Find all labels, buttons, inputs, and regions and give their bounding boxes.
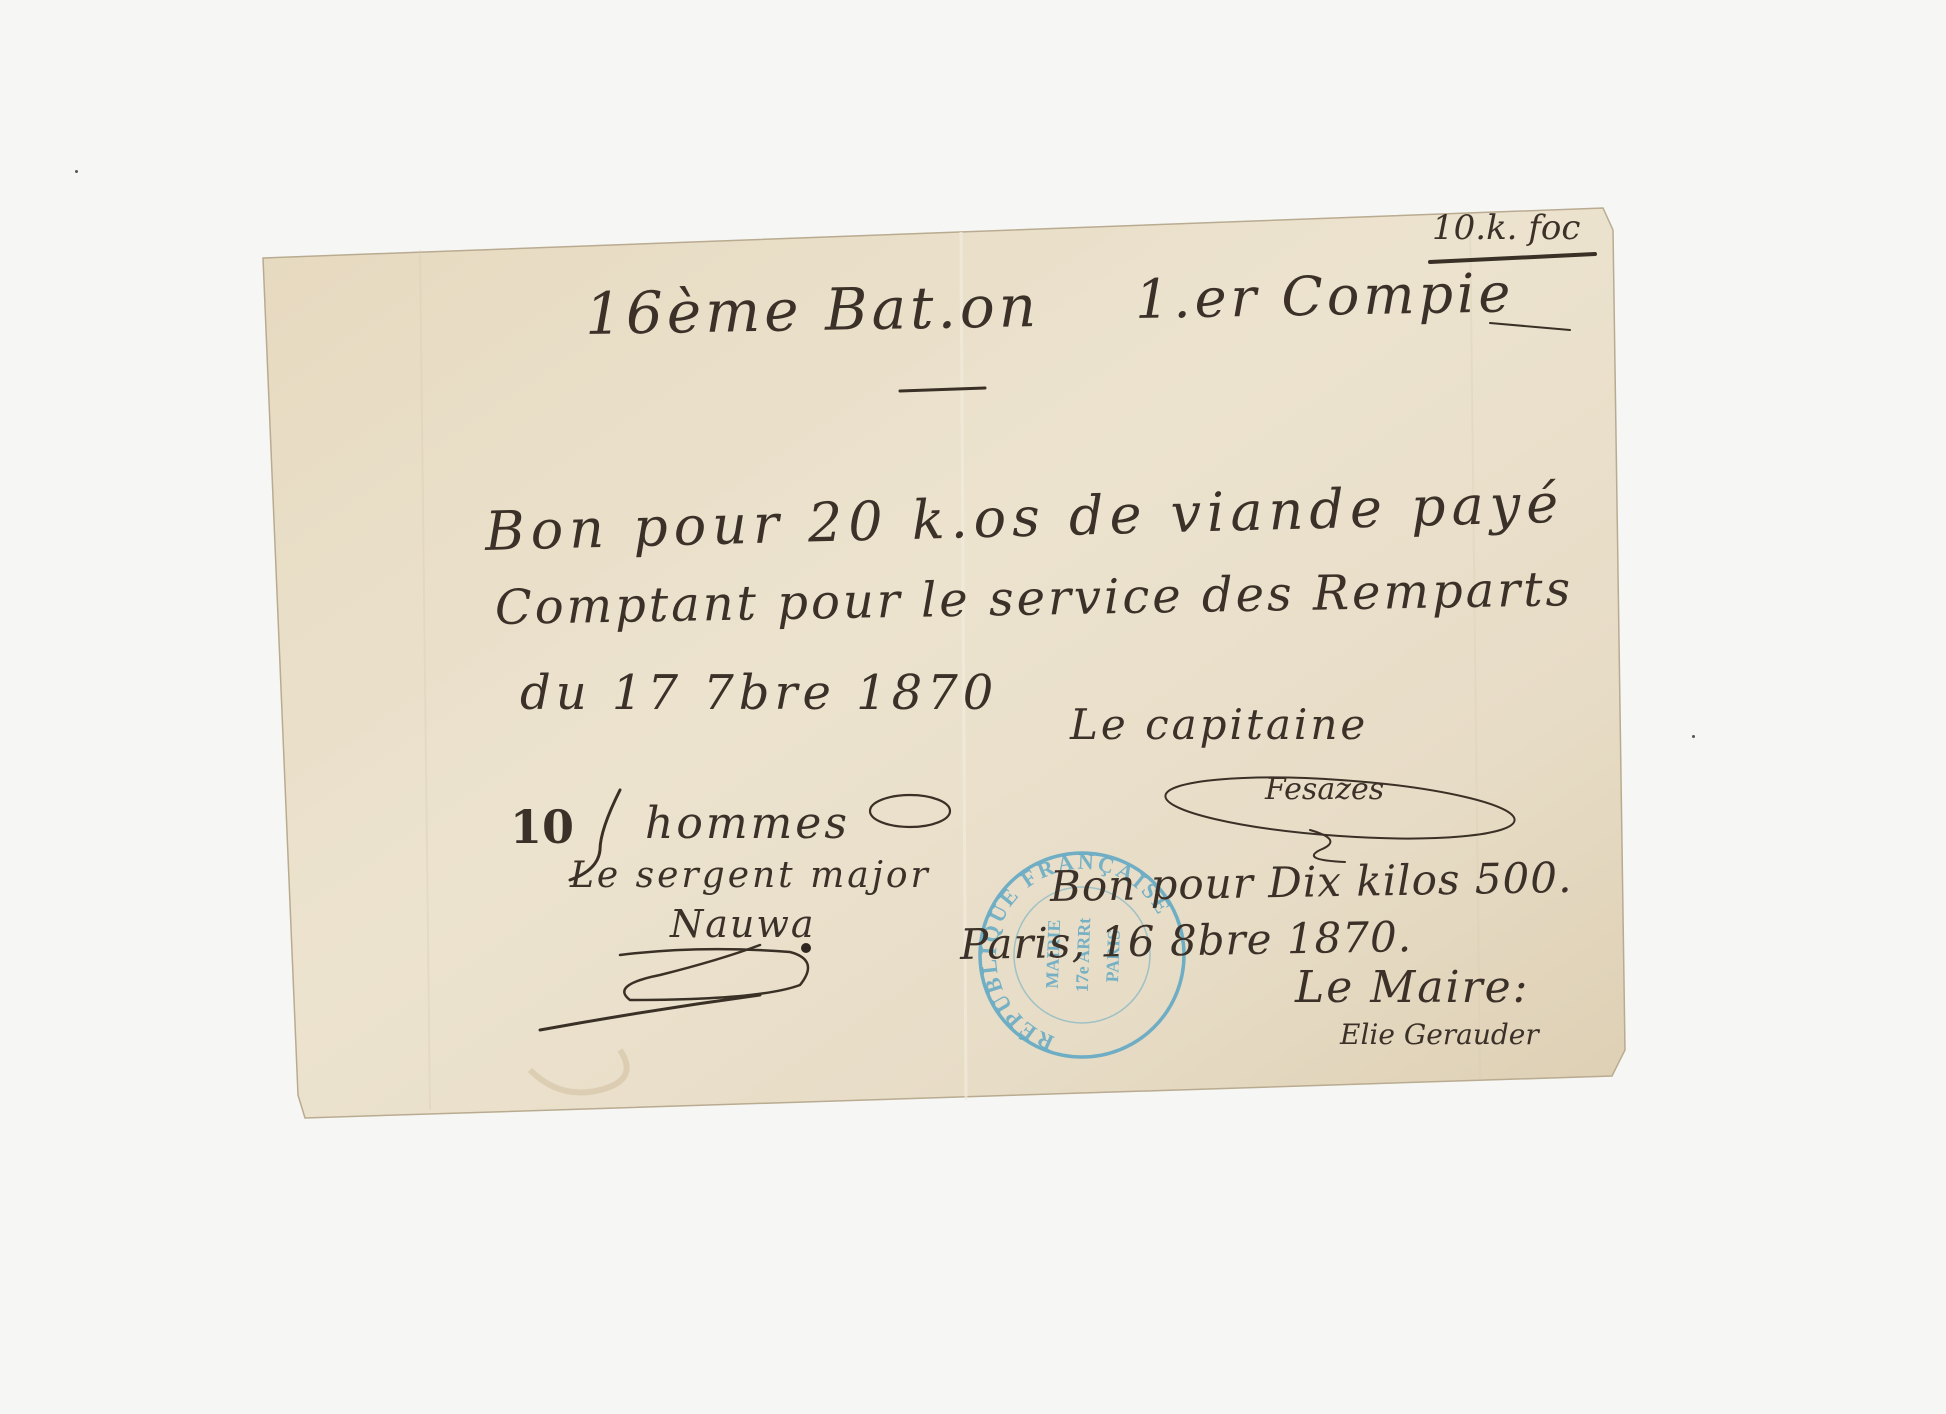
- men-label: hommes: [645, 798, 850, 849]
- captain-label: Le capitaine: [1070, 700, 1368, 749]
- corner-note: 10.k. foc: [1432, 208, 1580, 248]
- men-count: 10: [510, 800, 574, 854]
- speck: [75, 170, 78, 173]
- sergeant-signature: Nauwa: [670, 902, 816, 946]
- mayor-approval: Bon pour Dix kilos 500.: [1050, 853, 1573, 911]
- speck: [1692, 735, 1695, 738]
- voucher-date: du 17 7bre 1870: [520, 665, 998, 721]
- company-label: 1.er Compie: [1134, 261, 1514, 331]
- mayor-place-date: Paris, 16 8bre 1870.: [960, 912, 1413, 969]
- sergeant-label: Le sergent major: [570, 855, 931, 896]
- mayor-signature: Elie Gerauder: [1340, 1018, 1539, 1051]
- captain-signature: Fesazes: [1265, 772, 1384, 807]
- mayor-label: Le Maire:: [1295, 962, 1530, 1013]
- battalion-label: 16ème Bat.on: [584, 272, 1040, 348]
